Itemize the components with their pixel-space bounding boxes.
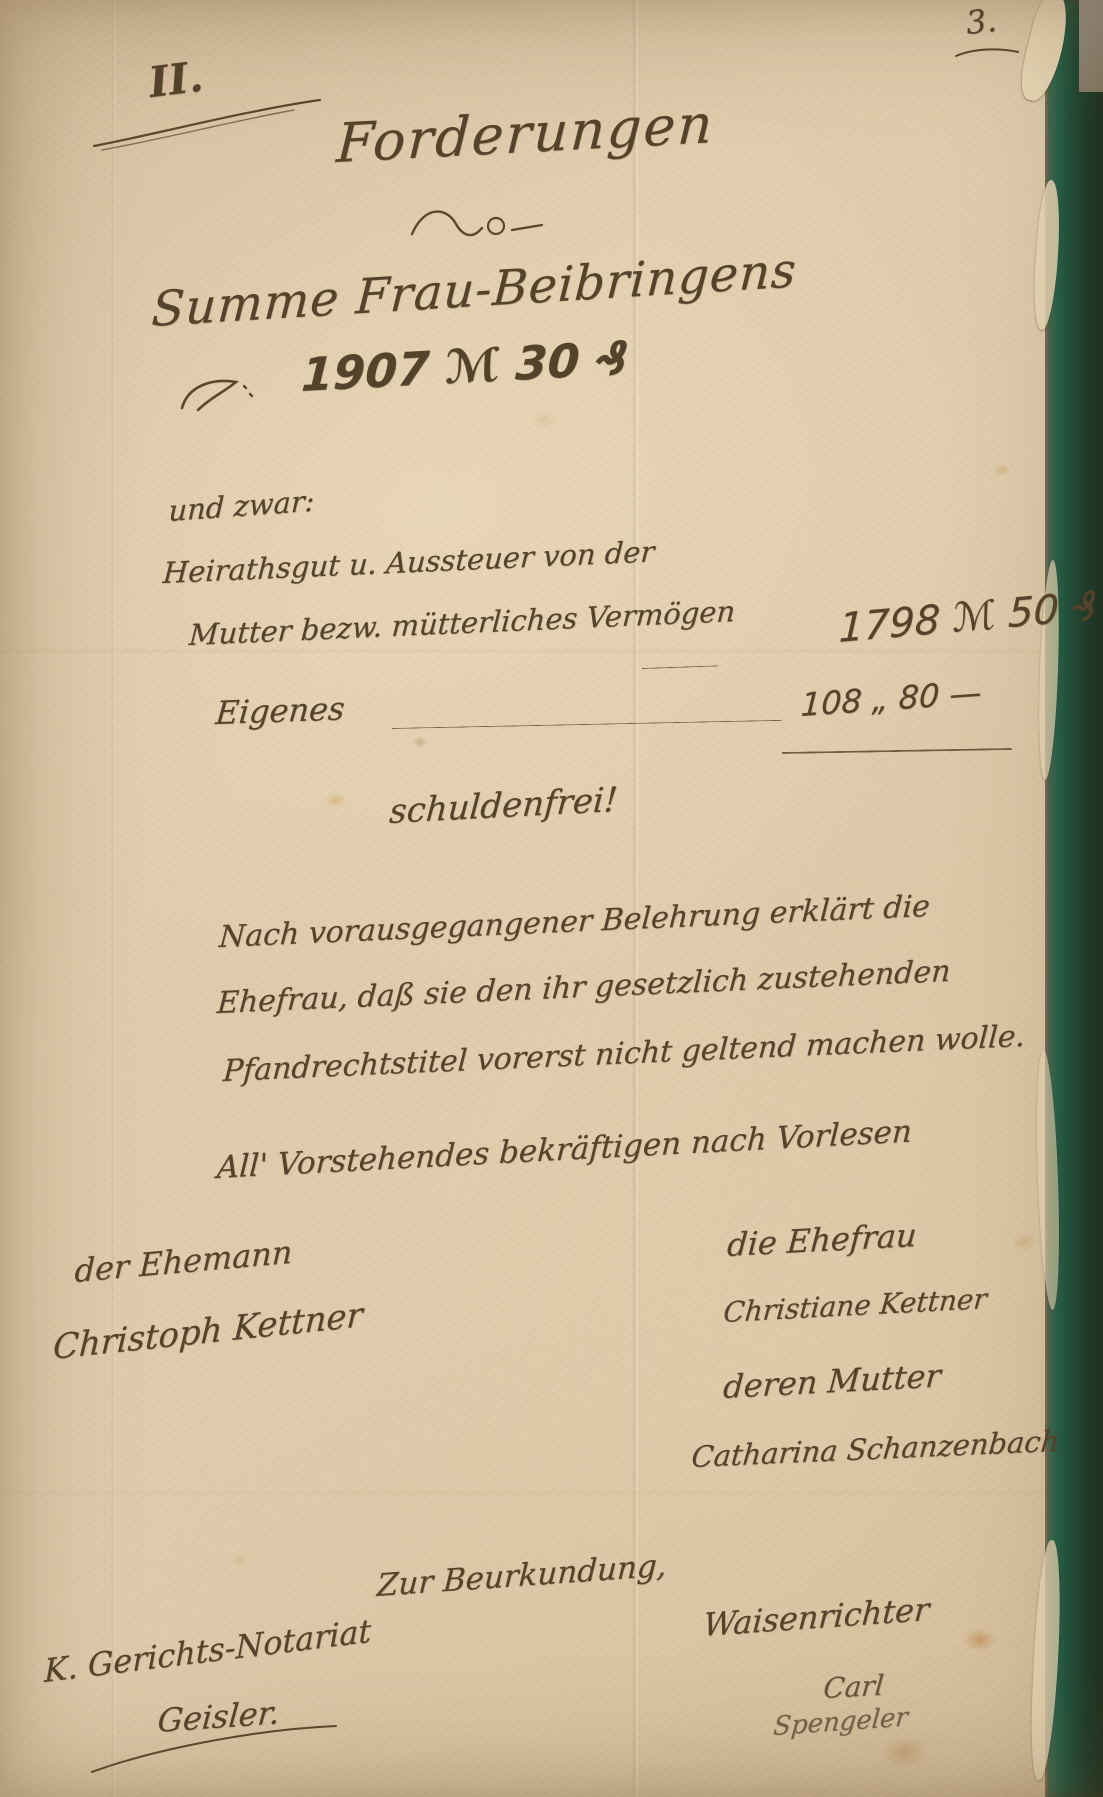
mother-signature: Catharina Schanzenbach [690, 1424, 1061, 1474]
mother-role-label: deren Mutter [722, 1356, 942, 1406]
horizontal-fold-crease [0, 648, 1043, 654]
item-dowry-label-line2: Mutter bezw. mütterliches Vermögen [188, 594, 736, 652]
declaration-line1: Nach vorausgegangener Belehrung erklärt … [218, 889, 931, 955]
summary-heading: Summe Frau-Beibringens [150, 242, 798, 338]
title-divider-flourish [408, 198, 558, 250]
page-number: 3. [964, 1, 998, 42]
horizontal-fold-crease-lower [0, 1490, 1043, 1496]
husband-role-label: der Ehemann [74, 1233, 293, 1290]
orphans-judge-signature-line2: Spengeler [772, 1702, 909, 1742]
declaration-line2: Ehefrau, daß sie den ihr gesetzlich zust… [216, 954, 952, 1021]
vertical-fold-crease-left [110, 0, 117, 1797]
debt-free-note: schuldenfrei! [388, 780, 619, 832]
label-trailing-dash [642, 665, 718, 669]
item-own-property-label: Eigenes [214, 689, 346, 732]
item-own-property-amount: 108 „ 80 — [800, 673, 982, 724]
wife-role-label: die Ehefrau [726, 1216, 918, 1264]
scan-background-corner [1079, 0, 1103, 92]
manuscript-page: 3. II. Forderungen Summe Frau-Beibringen… [0, 0, 1103, 1797]
filler-line [392, 720, 782, 729]
amount-lead-flourish [178, 368, 293, 416]
husband-signature: Christoph Kettner [52, 1295, 364, 1368]
page-number-underline-flourish [952, 44, 1022, 62]
notary-office-label: K. Gerichts-Notariat [44, 1612, 371, 1690]
orphans-judge-signature-line1: Carl [822, 1669, 885, 1705]
summary-intro: und zwar: [168, 484, 315, 528]
wife-signature: Christiane Kettner [722, 1282, 988, 1329]
summary-total-amount: 1907 ℳ 30 ₰ [300, 331, 629, 402]
declaration-line3: Pfandrechtstitel vorerst nicht geltend m… [222, 1019, 1026, 1089]
section-numeral-flourish [88, 92, 328, 152]
certification-lead: Zur Beurkundung, [376, 1548, 667, 1604]
attestation-line: All' Vorstehendes bekräftigen nach Vorle… [216, 1113, 913, 1186]
orphans-judge-role-label: Waisenrichter [702, 1590, 931, 1644]
sum-rule [782, 748, 1012, 754]
item-dowry-label-line1: Heirathsgut u. Aussteuer von der [162, 534, 655, 590]
document-title: Forderungen [335, 92, 716, 175]
notary-signature-flourish [86, 1716, 346, 1776]
